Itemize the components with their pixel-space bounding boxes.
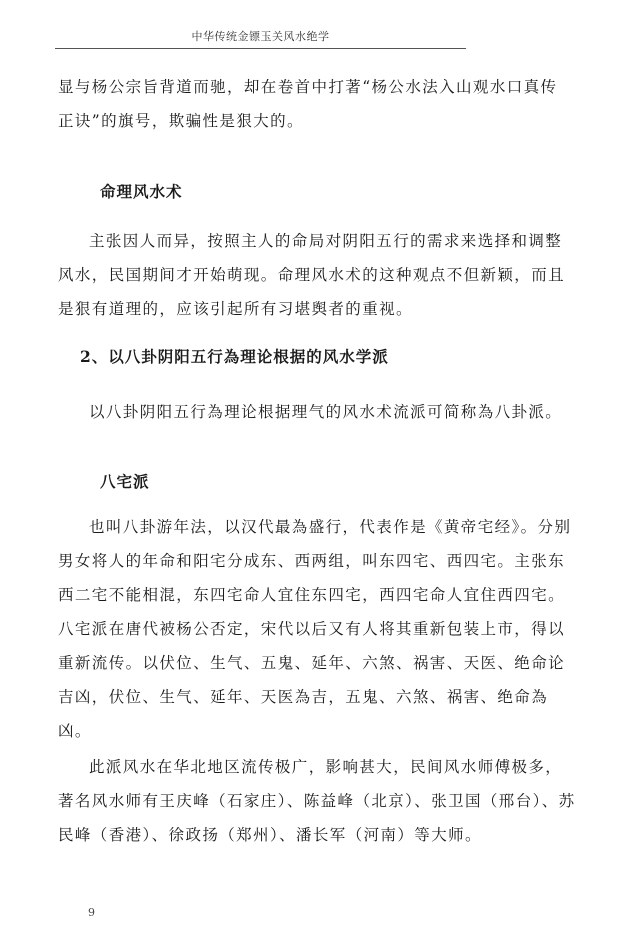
paragraph-continuation: 显与杨公宗旨背道而驰，却在卷首中打著“杨公水法入山观水口真传 正诀”的旗号，欺骗… — [58, 70, 578, 138]
section-heading-2: 2、以八卦阴阳五行為理论根据的风水学派 — [80, 345, 389, 367]
header-rule — [55, 48, 466, 49]
running-header: 中华传统金镖玉关风水绝学 — [55, 28, 466, 44]
subheading-bazhai: 八宅派 — [100, 470, 150, 492]
paragraph-line: 显与杨公宗旨背道而驰，却在卷首中打著“杨公水法入山观水口真传 — [58, 70, 578, 104]
paragraph-mingli: 主张因人而异，按照主人的命局对阴阳五行的需求来选择和调整风水，民国期间才开始萌现… — [58, 224, 578, 326]
header-title: 中华传统金镖玉关风水绝学 — [55, 28, 466, 44]
paragraph-bazhai: 也叫八卦游年法，以汉代最為盛行，代表作是《黄帝宅经》。分别男女将人的年命和阳宅分… — [58, 510, 578, 748]
paragraph-bagua: 以八卦阴阳五行為理论根据理气的风水术流派可简称為八卦派。 — [58, 395, 578, 429]
paragraph-line: 正诀”的旗号，欺骗性是狠大的。 — [58, 104, 578, 138]
page-number: 9 — [88, 906, 95, 919]
subheading-mingli: 命理风水术 — [100, 180, 183, 202]
paragraph-huabei: 此派风水在华北地区流传极广，影响甚大，民间风水师傅极多，著名风水师有王庆峰（石家… — [58, 750, 578, 852]
